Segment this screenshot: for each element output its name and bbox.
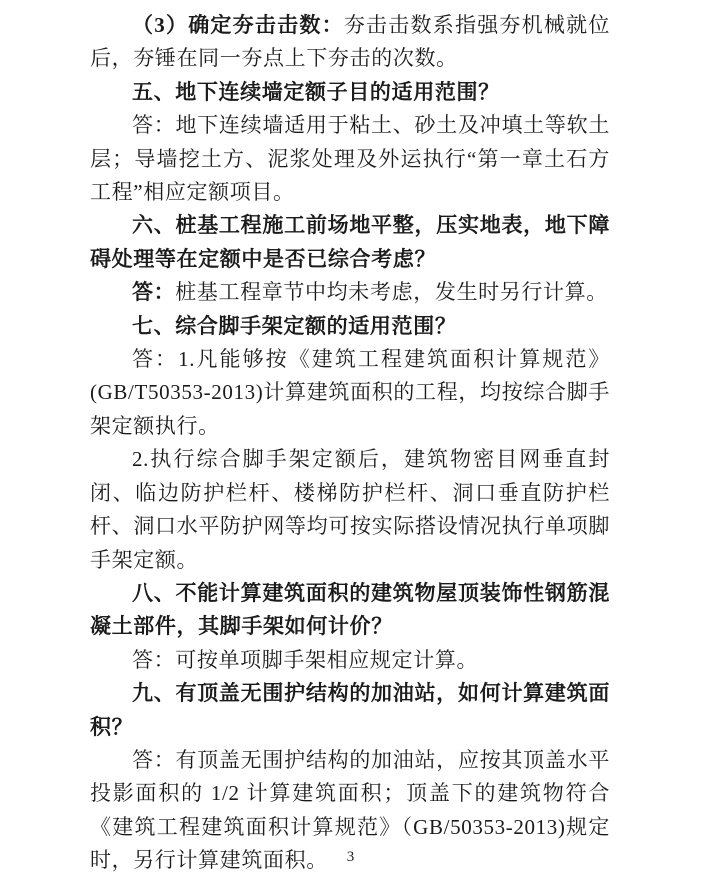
question-heading: 五、地下连续墙定额子目的适用范围？ (90, 76, 610, 109)
question-heading: 六、桩基工程施工前场地平整，压实地表，地下障碍处理等在定额中是否已综合考虑？ (90, 209, 610, 276)
text-run: 五、地下连续墙定额子目的适用范围？ (132, 80, 500, 104)
text-run: 答：1.凡能够按《建筑工程建筑面积计算规范》(GB/T50353-2013)计算… (90, 347, 610, 438)
body-paragraph: 2.执行综合脚手架定额后，建筑物密目网垂直封闭、临边防护栏杆、楼梯防护栏杆、洞口… (90, 443, 610, 577)
text-run: 答： (132, 280, 175, 304)
text-run: 答：可按单项脚手架相应规定计算。 (132, 648, 478, 672)
text-run: 答：地下连续墙适用于粘土、砂土及冲填土等软土层；导墙挖土方、泥浆处理及外运执行“… (90, 113, 610, 204)
body-paragraph: （3）确定夯击击数：夯击击数系指强夯机械就位后，夯锤在同一夯点上下夯击的次数。 (90, 9, 610, 76)
question-heading: 八、不能计算建筑面积的建筑物屋顶装饰性钢筋混凝土部件，其脚手架如何计价？ (90, 577, 610, 644)
text-run: （3）确定夯击击数： (132, 13, 344, 37)
text-run: 六、桩基工程施工前场地平整，压实地表，地下障碍处理等在定额中是否已综合考虑？ (90, 213, 610, 270)
page-number: 3 (0, 848, 701, 866)
body-paragraph: 答：1.凡能够按《建筑工程建筑面积计算规范》(GB/T50353-2013)计算… (90, 343, 610, 443)
body-paragraph: 答：桩基工程章节中均未考虑，发生时另行计算。 (90, 276, 610, 309)
question-heading: 九、有顶盖无围护结构的加油站，如何计算建筑面积？ (90, 677, 610, 744)
text-run: 八、不能计算建筑面积的建筑物屋顶装饰性钢筋混凝土部件，其脚手架如何计价？ (90, 581, 610, 638)
document-page: （3）确定夯击击数：夯击击数系指强夯机械就位后，夯锤在同一夯点上下夯击的次数。五… (0, 0, 701, 892)
text-run: 桩基工程章节中均未考虑，发生时另行计算。 (175, 280, 608, 304)
question-heading: 七、综合脚手架定额的适用范围？ (90, 310, 610, 343)
body-paragraph: 答：可按单项脚手架相应规定计算。 (90, 644, 610, 677)
text-run: 2.执行综合脚手架定额后，建筑物密目网垂直封闭、临边防护栏杆、楼梯防护栏杆、洞口… (90, 447, 610, 571)
text-run: 七、综合脚手架定额的适用范围？ (132, 314, 456, 338)
document-body: （3）确定夯击击数：夯击击数系指强夯机械就位后，夯锤在同一夯点上下夯击的次数。五… (90, 9, 610, 878)
body-paragraph: 答：地下连续墙适用于粘土、砂土及冲填土等软土层；导墙挖土方、泥浆处理及外运执行“… (90, 109, 610, 209)
text-run: 九、有顶盖无围护结构的加油站，如何计算建筑面积？ (90, 681, 610, 738)
